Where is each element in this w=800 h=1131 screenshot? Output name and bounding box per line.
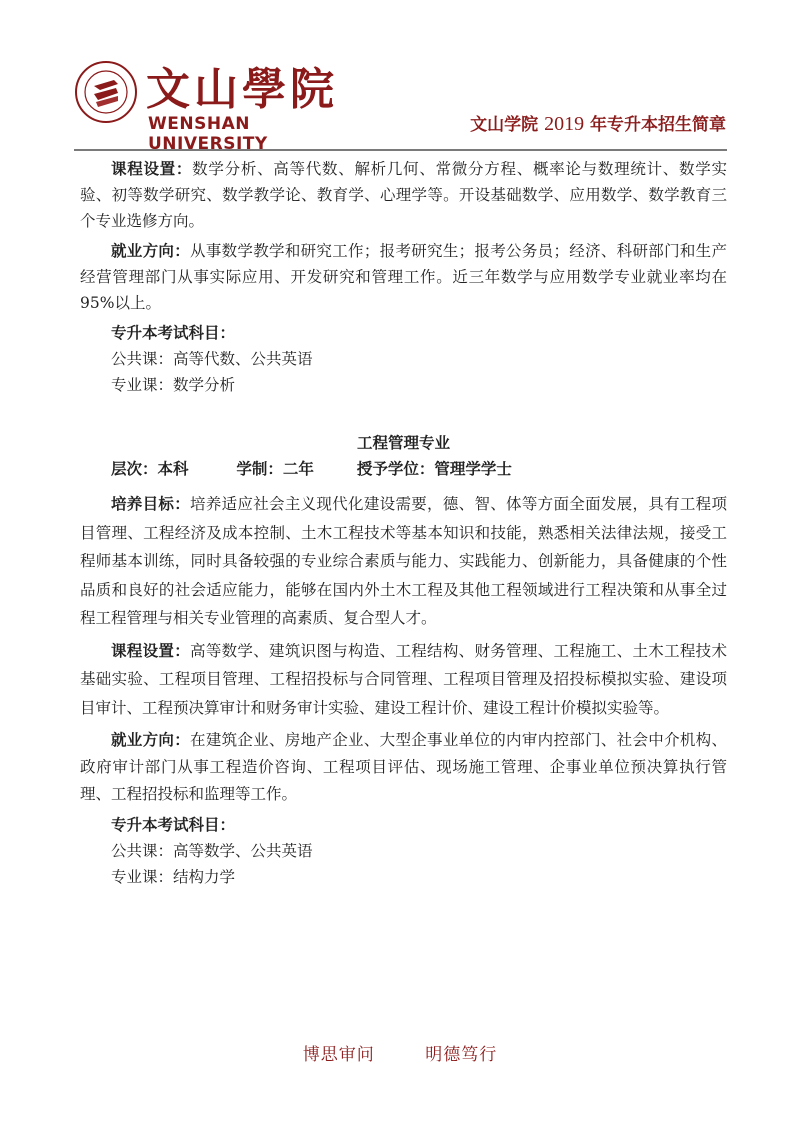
motto-part-1: 博思审问: [303, 1040, 375, 1065]
exam-subjects-heading: 专升本考试科目：: [80, 812, 727, 838]
career-label: 就业方向：: [111, 241, 190, 260]
public-course: 公共课：高等数学、公共英语: [80, 838, 727, 864]
courses-label: 课程设置：: [111, 641, 190, 660]
university-motto: 博思审问 明德笃行: [0, 1040, 800, 1065]
logo-chinese-name: 文山學院: [146, 64, 338, 116]
goal-paragraph: 培养目标：培养适应社会主义现代化建设需要，德、智、体等方面全面发展，具有工程项目…: [80, 490, 727, 633]
document-title: 文山学院 2019 年专升本招生简章: [470, 110, 726, 136]
header-divider: [74, 149, 727, 151]
career-paragraph: 就业方向：在建筑企业、房地产企业、大型企事业单位的内审内控部门、社会中介机构、政…: [80, 726, 727, 808]
goal-text: 培养适应社会主义现代化建设需要，德、智、体等方面全面发展，具有工程项目管理、工程…: [80, 495, 727, 627]
title-prefix: 文山学院: [470, 115, 538, 135]
logo-english-name: WENSHAN UNIVERSITY: [148, 114, 354, 154]
program-level: 层次：本科: [111, 456, 231, 482]
major-course: 专业课：结构力学: [80, 864, 727, 890]
engineering-management-section: 工程管理专业 层次：本科 学制：二年 授予学位：管理学学士 培养目标：培养适应社…: [80, 430, 727, 890]
goal-label: 培养目标：: [111, 494, 190, 513]
program-degree: 授予学位：管理学学士: [357, 456, 512, 482]
major-course: 专业课：数学分析: [80, 372, 727, 398]
university-logo: 文山學院 WENSHAN UNIVERSITY: [74, 58, 354, 140]
program-meta: 层次：本科 学制：二年 授予学位：管理学学士: [80, 456, 727, 482]
courses-label: 课程设置：: [111, 159, 192, 178]
title-year: 2019: [544, 113, 584, 135]
career-label: 就业方向：: [111, 730, 190, 749]
title-suffix: 年专升本招生简章: [590, 115, 726, 135]
program-duration: 学制：二年: [236, 456, 351, 482]
university-seal-icon: [74, 60, 138, 124]
math-major-section: 课程设置：数学分析、高等代数、解析几何、常微分方程、概率论与数理统计、数学实验、…: [80, 156, 727, 398]
courses-paragraph: 课程设置：高等数学、建筑识图与构造、工程结构、财务管理、工程施工、土木工程技术基…: [80, 637, 727, 723]
courses-paragraph: 课程设置：数学分析、高等代数、解析几何、常微分方程、概率论与数理统计、数学实验、…: [80, 156, 727, 234]
public-course: 公共课：高等代数、公共英语: [80, 346, 727, 372]
major-title: 工程管理专业: [80, 430, 727, 456]
career-paragraph: 就业方向：从事数学教学和研究工作；报考研究生；报考公务员；经济、科研部门和生产经…: [80, 238, 727, 316]
motto-part-2: 明德笃行: [425, 1040, 497, 1065]
exam-subjects-heading: 专升本考试科目：: [80, 320, 727, 346]
